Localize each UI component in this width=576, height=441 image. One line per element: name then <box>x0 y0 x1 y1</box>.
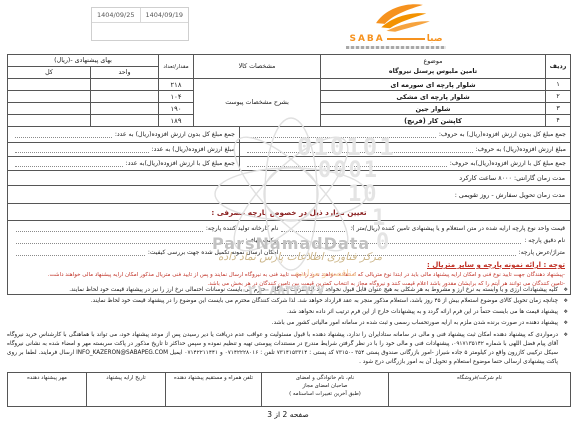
fabric-exact-name-label: نام دقیق پارچه : <box>524 237 565 244</box>
date-cell-left: 1404/09/25 <box>92 8 140 23</box>
item-subject: کاپشن کار (فرنچ) <box>320 115 545 127</box>
col-header-specs: مشخصات کالا <box>193 55 320 79</box>
logo-tagline-bar <box>346 46 446 49</box>
signatories-line-1: نام، نام خانوادگی و امضای <box>262 375 388 383</box>
subject-header-title: تامین ملبوس پرسنل نیروگاه <box>389 67 477 76</box>
col-header-total-price: کل <box>8 67 90 79</box>
logo-connector-line <box>387 38 425 40</box>
col-header-qty: مقدار/تعداد <box>158 55 193 79</box>
subject-header-label: موضوع <box>424 57 443 66</box>
term-bullet-5: درمواردی که پیشنهاد دهنده امکان ثبت پیشن… <box>7 331 569 368</box>
fabric-factory-label: نام کارخانه تولید کننده پارچه: <box>206 225 279 232</box>
term-bullet-2: چنانچه زمان تحویل کالای موضوع استعلام بی… <box>7 297 569 306</box>
sample-note-title: توجه : ارائه نمونه پارچه و سایر متریال : <box>13 261 565 269</box>
unit-price-blank <box>90 91 158 103</box>
page-number: صفحه 2 از 3 <box>0 410 576 419</box>
signature-col-phone: تلفن همراه و مستقیم پیشنهاد دهنده <box>165 373 261 406</box>
specs-merged-cell: بشرح مشخصات پیوست <box>193 79 320 127</box>
main-table: ردیف موضوع تامین ملبوس پرسنل نیروگاه مشخ… <box>7 54 571 295</box>
dotted-fill-line <box>281 249 515 256</box>
company-logo: SABA صبا <box>330 2 462 49</box>
dotted-fill-line <box>281 237 521 244</box>
signature-col-signatories: نام، نام خانوادگی و امضای صاحبان امضای م… <box>261 373 388 406</box>
fabric-fiber-label: ترکیب الیاف: <box>246 237 279 244</box>
dotted-fill-line <box>16 237 243 244</box>
item-qty: ۲۱۸ <box>158 79 193 91</box>
signature-table: نام شرکت/فروشگاه نام، نام خانوادگی و امض… <box>7 372 571 407</box>
dotted-fill-line <box>247 131 436 138</box>
items-grid: ردیف موضوع تامین ملبوس پرسنل نیروگاه مشخ… <box>8 55 570 127</box>
dotted-fill-line <box>247 160 447 167</box>
document-page: 1404/09/25 1404/09/19 SABA صبا ردیف موضو… <box>0 0 576 441</box>
sum-row-without-vat: جمع مبلغ کل بدون ارزش افزوده(ریال) به حر… <box>8 127 570 143</box>
vat-figures-label: مبلغ ارزش افزوده(ریال) به عدد: <box>152 146 235 153</box>
item-subject: شلوار جین <box>320 103 545 115</box>
term-bullet-1: کلیه پیشنهادات ارزی و یا وابسته به نرخ ا… <box>7 286 569 295</box>
dotted-fill-line <box>16 249 145 256</box>
sum-without-vat-words-label: جمع مبلغ کل بدون ارزش افزوده(ریال) به حر… <box>439 131 566 138</box>
unit-price-blank <box>90 79 158 91</box>
unit-price-blank <box>90 103 158 115</box>
total-price-blank <box>8 91 90 103</box>
signatories-line-2: صاحبان امضای مجاز <box>262 383 388 391</box>
unit-price-blank <box>90 115 158 127</box>
fabric-section-title: تعیین موارد ذیل در خصوص پارچه مصرفی : <box>8 204 570 221</box>
col-header-unit-price: واحد <box>90 67 158 79</box>
dotted-fill-line <box>281 225 347 232</box>
signature-col-date: تاریخ ارایه پیشنهاد <box>86 373 165 406</box>
vat-words-label: مبلغ ارزش افزوده(ریال) به حروف: <box>476 146 566 153</box>
sum-row-with-vat: جمع مبلغ کل با ارزش افزوده(ریال)به حروف:… <box>8 157 570 171</box>
col-header-subject: موضوع تامین ملبوس پرسنل نیروگاه <box>320 55 545 79</box>
col-header-row-number: ردیف <box>545 55 570 79</box>
dotted-fill-line <box>15 160 123 167</box>
warranty-row: مدت زمان گارانتی: ۸۰۰۰ ساعت کارکرد <box>8 171 570 186</box>
fabric-width-label: متراژ/عرض پارچه: <box>519 249 565 256</box>
row-number: ۱ <box>545 79 570 91</box>
item-subject: شلوار پارچه ای سورمه ای <box>320 79 545 91</box>
total-price-blank <box>8 115 90 127</box>
total-price-blank <box>8 79 90 91</box>
sum-with-vat-figures-label: جمع مبلغ کل با ارزش افزوده(ریال)به عدد: <box>126 160 235 167</box>
term-bullet-4: پیشنهاد دهنده در صورت برنده شدن ملزم به … <box>7 319 569 328</box>
date-table-empty-row <box>92 23 188 40</box>
logo-wordmark: SABA صبا <box>330 34 462 44</box>
terms-list: کلیه پیشنهادات ارزی و یا وابسته به نرخ ا… <box>7 286 569 369</box>
sample-note-line-1: -پیشنهاد دهندگان جهت تایید نوع فنی و امک… <box>13 271 565 280</box>
sum-without-vat-figures-label: جمع مبلغ کل بدون ارزش افزوده(ریال) به عد… <box>115 131 235 138</box>
date-cell-right: 1404/09/19 <box>140 8 189 23</box>
total-price-blank <box>8 103 90 115</box>
fabric-unit-price-label: قیمت واحد نوع پارچه ارایه شده در متن است… <box>350 225 565 232</box>
date-table: 1404/09/25 1404/09/19 <box>91 7 189 41</box>
item-qty: ۱۰۴ <box>158 91 193 103</box>
item-subject: شلوار پارچه ای مشکی <box>320 91 545 103</box>
dotted-fill-line <box>16 225 203 232</box>
signature-col-stamp: مهر پیشنهاد دهنده <box>8 373 86 406</box>
row-number: ۴ <box>545 115 570 127</box>
term-bullet-3: پیشنهاد قیمت ها می بایست حتماً در این فر… <box>7 308 569 317</box>
fabric-details-block: قیمت واحد نوع پارچه ارایه شده در متن است… <box>8 221 570 294</box>
signatories-line-3: (طبق آخرین تغییرات اساسنامه ) <box>262 391 388 399</box>
col-header-price: بهای پیشنهادی -(ریال) <box>8 55 158 67</box>
saba-logo-icon <box>357 2 435 32</box>
fabric-sample-label: امکان ارسال نمونه تکمیل شده جهت بررسی کی… <box>148 249 279 256</box>
delivery-row: مدت زمان تحویل سفارش - روز تقویمی : <box>8 186 570 204</box>
sum-row-vat: مبلغ ارزش افزوده(ریال) به حروف: مبلغ ارز… <box>8 143 570 157</box>
sum-with-vat-words-label: جمع مبلغ کل با ارزش افزوده(ریال)به حروف: <box>450 160 566 167</box>
item-qty: ۱۸۹ <box>158 115 193 127</box>
row-number: ۲ <box>545 91 570 103</box>
dotted-fill-line <box>15 146 149 153</box>
dotted-fill-line <box>247 146 473 153</box>
dotted-fill-line <box>15 131 112 138</box>
item-qty: ۱۹۰ <box>158 103 193 115</box>
logo-latin-text: SABA <box>349 34 384 44</box>
signature-col-company: نام شرکت/فروشگاه <box>388 373 570 406</box>
row-number: ۳ <box>545 103 570 115</box>
logo-farsi-text: صبا <box>427 34 443 44</box>
